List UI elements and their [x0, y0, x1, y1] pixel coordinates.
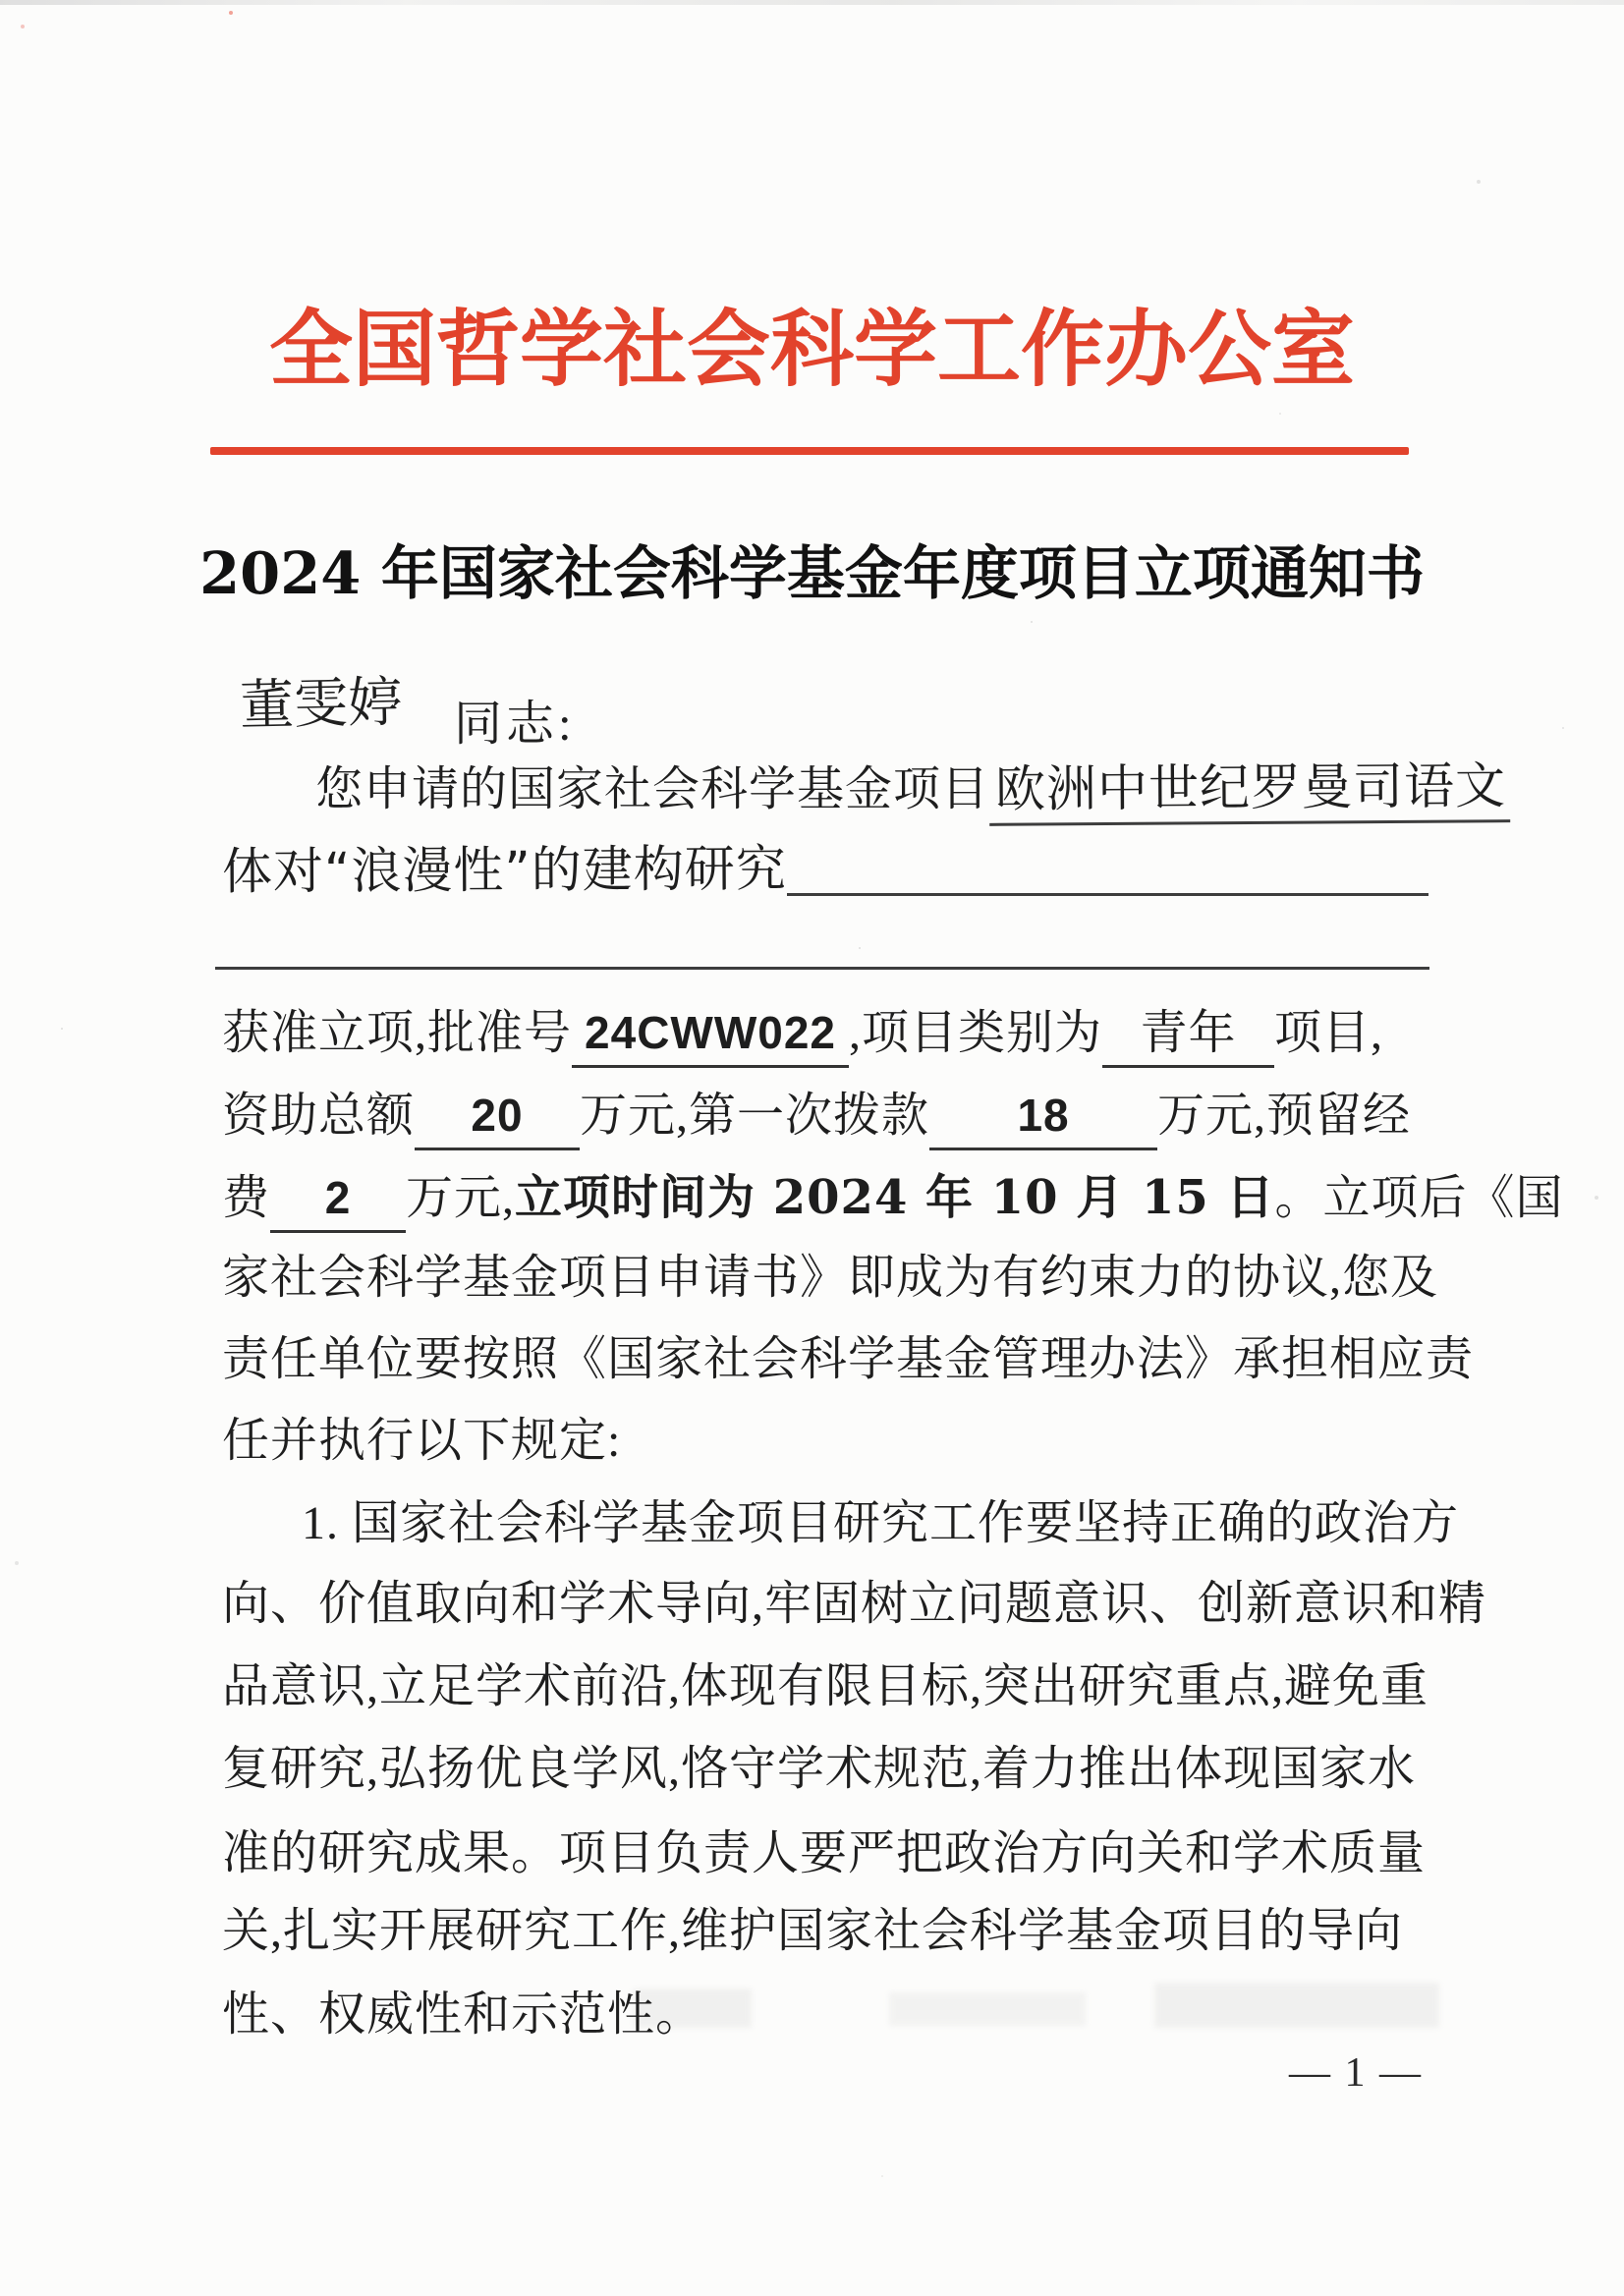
project-title-handwritten-part2: 体对“浪漫性”的建构研究: [222, 839, 787, 905]
project-title-blank-underline: [787, 893, 1428, 896]
approval-text: 万元,: [406, 1172, 515, 1224]
approval-text: 获准立项,批准号: [222, 1007, 572, 1059]
clause1-line-4: 复研究,弘扬优良学风,恪守学术规范,着力推出体现国家水: [222, 1739, 1416, 1800]
scan-smudge: [889, 1992, 1086, 2026]
issuing-org-title: 全国哲学社会科学工作办公室: [0, 283, 1624, 403]
clause1-line-6: 关,扎实开展研究工作,维护国家社会科学基金项目的导向: [222, 1901, 1403, 1962]
notification-letter-page: 全国哲学社会科学工作办公室 2024 年国家社会科学基金年度项目立项通知书 董雯…: [0, 0, 1624, 2296]
clause1-line-2: 向、价值取向和学术导向,牢固树立问题意识、创新意识和精: [222, 1574, 1486, 1635]
approval-line-1: 获准立项,批准号24CWW022,项目类别为青年项目,: [222, 1002, 1383, 1068]
recipient-name: 董雯婷: [239, 658, 403, 739]
clause1-line-1: 1. 国家社会科学基金项目研究工作要坚持正确的政治方: [302, 1493, 1459, 1554]
clause1-line-3: 品意识,立足学术前沿,体现有限目标,突出研究重点,避免重: [222, 1656, 1428, 1717]
project-title-empty-line: [215, 967, 1429, 970]
intro-line-2: 体对“浪漫性”的建构研究: [222, 841, 1428, 904]
intro-printed-text: 您申请的国家社会科学基金项目: [315, 763, 989, 815]
grant-number-value: 24CWW022: [572, 1002, 849, 1068]
project-category-value: 青年: [1102, 1002, 1274, 1068]
approval-text: 费: [222, 1172, 270, 1224]
clause1-line-5: 准的研究成果。项目负责人要严把政治方向关和学术质量: [222, 1823, 1426, 1884]
approval-line-4: 家社会科学基金项目申请书》即成为有约束力的协议,您及: [222, 1248, 1438, 1309]
page-number: — 1 —: [1272, 2049, 1439, 2097]
scan-smudge: [1154, 1983, 1439, 2028]
approval-text: 万元,第一次拨款: [580, 1090, 929, 1142]
approval-line-2: 资助总额20万元,第一次拨款18万元,预留经: [222, 1085, 1411, 1150]
scan-edge-artifact: [0, 0, 1624, 5]
approval-line-5: 责任单位要按照《国家社会科学基金管理办法》承担相应责: [222, 1329, 1474, 1390]
salutation-honorific: 同志:: [454, 686, 576, 755]
approval-text: ,项目类别为: [849, 1007, 1102, 1059]
approval-date-bold: 立项时间为 2024 年 10 月 15 日: [515, 1170, 1274, 1225]
clause1-line-7: 性、权威性和示范性。: [222, 1985, 703, 2045]
first-payment-value: 18: [929, 1085, 1157, 1150]
approval-text: 项目,: [1274, 1007, 1383, 1059]
document-title: 2024 年国家社会科学基金年度项目立项通知书: [0, 527, 1624, 610]
project-title-handwritten-part1: 欧洲中世纪罗曼司语文: [989, 756, 1510, 826]
header-divider-line: [210, 447, 1409, 455]
total-amount-value: 20: [415, 1085, 580, 1150]
approval-line-3: 费2万元,立项时间为 2024 年 10 月 15 日。立项后《国: [222, 1167, 1564, 1233]
approval-line-6: 任并执行以下规定:: [222, 1411, 621, 1472]
reserved-amount-value: 2: [270, 1167, 406, 1233]
approval-text: 资助总额: [222, 1090, 415, 1142]
approval-text: 万元,预留经: [1157, 1090, 1411, 1142]
intro-line-1: 您申请的国家社会科学基金项目欧洲中世纪罗曼司语文: [315, 758, 1510, 824]
approval-text: 。立项后《国: [1275, 1172, 1564, 1224]
